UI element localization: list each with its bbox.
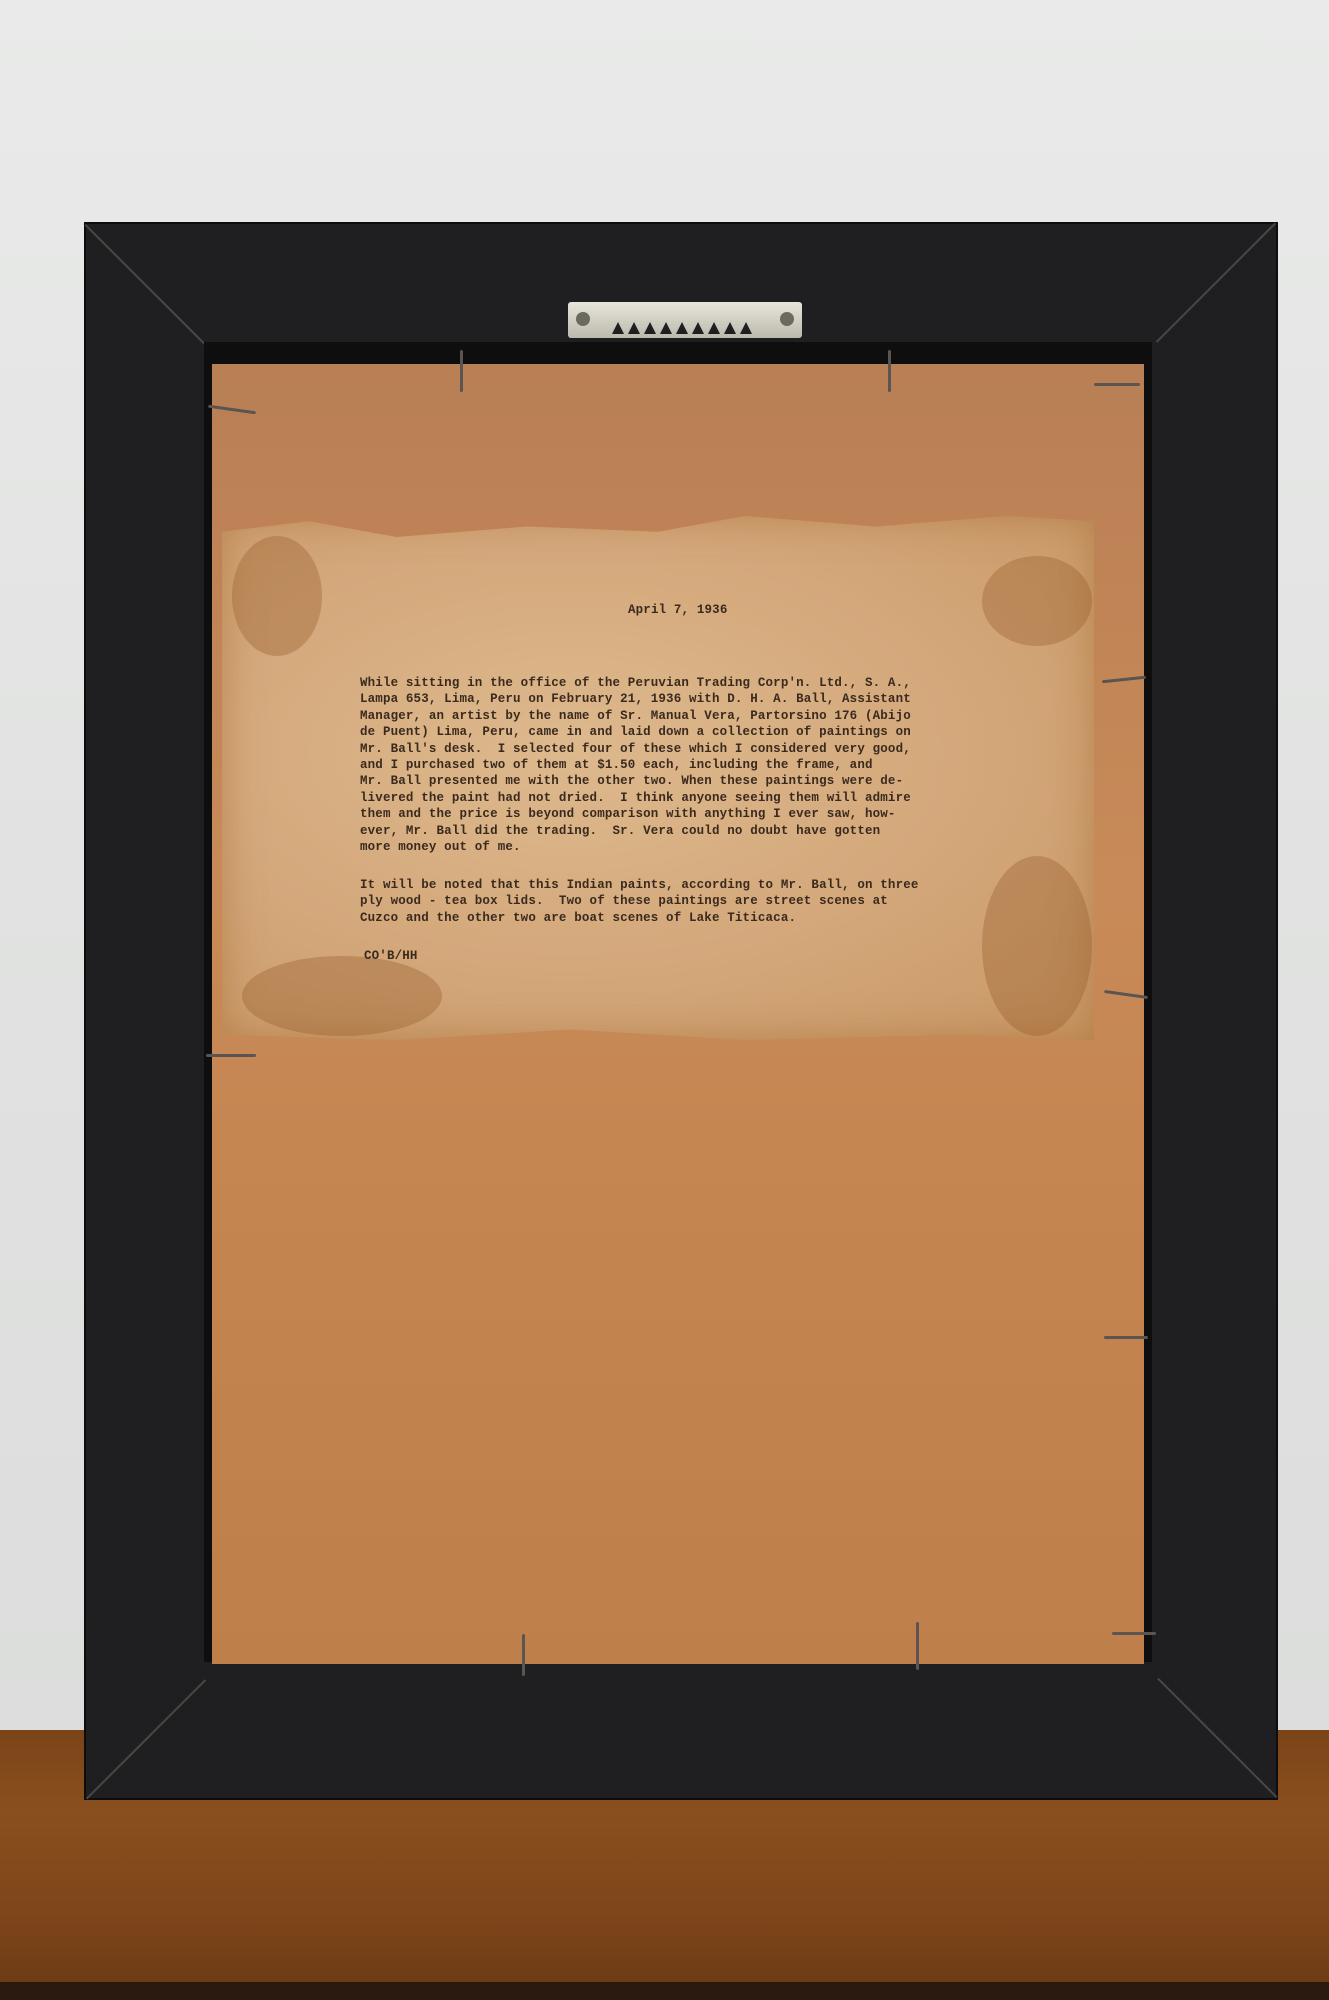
hanger-tooth bbox=[628, 322, 640, 334]
note-line: and I purchased two of them at $1.50 eac… bbox=[360, 757, 911, 773]
hanger-tooth bbox=[724, 322, 736, 334]
nail-icon bbox=[460, 350, 463, 392]
frame-miter-top-right bbox=[1156, 223, 1276, 343]
frame-miter-top-left bbox=[85, 224, 205, 344]
note-line: Cuzco and the other two are boat scenes … bbox=[360, 910, 919, 926]
note-line: livered the paint had not dried. I think… bbox=[360, 790, 911, 806]
hanger-tooth bbox=[692, 322, 704, 334]
hanger-screw-right bbox=[780, 312, 794, 326]
frame-miter-bottom-left bbox=[86, 1679, 206, 1799]
hanger-tooth bbox=[740, 322, 752, 334]
frame-miter-bottom-right bbox=[1157, 1678, 1277, 1798]
note-paragraph-1: While sitting in the office of the Peruv… bbox=[360, 675, 911, 855]
hanger-screw-left bbox=[576, 312, 590, 326]
water-stain bbox=[232, 536, 322, 656]
nail-icon bbox=[1094, 383, 1140, 386]
note-line: them and the price is beyond comparison … bbox=[360, 806, 911, 822]
water-stain bbox=[982, 556, 1092, 646]
hanger-tooth bbox=[644, 322, 656, 334]
nail-icon bbox=[888, 350, 891, 392]
note-line: Mr. Ball's desk. I selected four of thes… bbox=[360, 741, 911, 757]
nail-icon bbox=[206, 1054, 256, 1057]
note-line: Manager, an artist by the name of Sr. Ma… bbox=[360, 708, 911, 724]
nail-icon bbox=[1104, 1336, 1148, 1339]
nail-icon bbox=[522, 1634, 525, 1676]
note-line: Mr. Ball presented me with the other two… bbox=[360, 773, 911, 789]
hanger-tooth bbox=[676, 322, 688, 334]
note-line: de Puent) Lima, Peru, came in and laid d… bbox=[360, 724, 911, 740]
nail-icon bbox=[1112, 1632, 1156, 1635]
note-line: Lampa 653, Lima, Peru on February 21, 19… bbox=[360, 691, 911, 707]
water-stain bbox=[242, 956, 442, 1036]
sawtooth-hanger-icon bbox=[568, 302, 802, 338]
nail-icon bbox=[916, 1622, 919, 1670]
note-line: ever, Mr. Ball did the trading. Sr. Vera… bbox=[360, 823, 911, 839]
water-stain bbox=[982, 856, 1092, 1036]
hanger-tooth bbox=[612, 322, 624, 334]
note-line: more money out of me. bbox=[360, 839, 911, 855]
note-paragraph-2: It will be noted that this Indian paints… bbox=[360, 877, 919, 926]
note-initials: CO'B/HH bbox=[364, 948, 418, 964]
hanger-tooth bbox=[708, 322, 720, 334]
hanger-tooth bbox=[660, 322, 672, 334]
table-edge bbox=[0, 1982, 1329, 2000]
note-line: It will be noted that this Indian paints… bbox=[360, 877, 919, 893]
note-date: April 7, 1936 bbox=[628, 602, 727, 618]
note-line: While sitting in the office of the Peruv… bbox=[360, 675, 911, 691]
note-line: ply wood - tea box lids. Two of these pa… bbox=[360, 893, 919, 909]
